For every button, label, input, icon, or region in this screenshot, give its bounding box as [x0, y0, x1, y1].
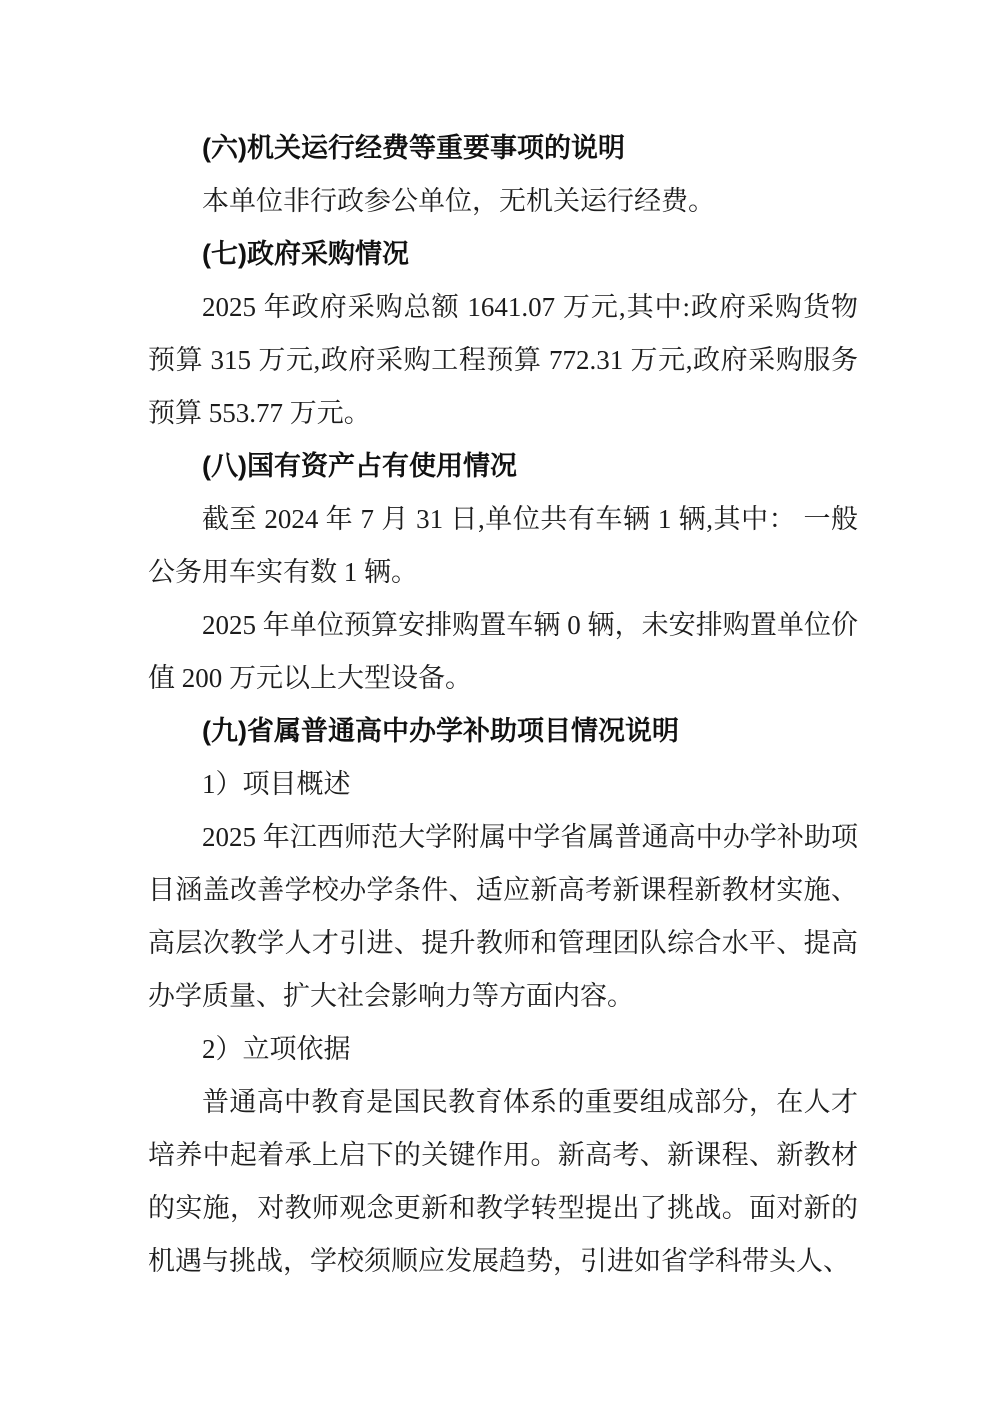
para-project-overview: 2025 年江西师范大学附属中学省属普通高中办学补助项目涵盖改善学校办学条件、适…	[148, 811, 858, 1023]
document-body: (六)机关运行经费等重要事项的说明 本单位非行政参公单位，无机关运行经费。 (七…	[148, 122, 858, 1288]
subheading-project-overview: 1）项目概述	[148, 758, 858, 811]
para-vehicle-purchase-budget: 2025 年单位预算安排购置车辆 0 辆，未安排购置单位价值 200 万元以上大…	[148, 599, 858, 705]
subheading-project-basis: 2）立项依据	[148, 1023, 858, 1076]
section-heading-7: (七)政府采购情况	[148, 228, 858, 281]
section-heading-8: (八)国有资产占有使用情况	[148, 440, 858, 493]
document-page: (六)机关运行经费等重要事项的说明 本单位非行政参公单位，无机关运行经费。 (七…	[0, 0, 999, 1414]
section-heading-9: (九)省属普通高中办学补助项目情况说明	[148, 705, 858, 758]
para-agency-operating-expense: 本单位非行政参公单位，无机关运行经费。	[148, 175, 858, 228]
para-state-assets-vehicles: 截至 2024 年 7 月 31 日,单位共有车辆 1 辆,其中： 一般公务用车…	[148, 493, 858, 599]
para-project-basis: 普通高中教育是国民教育体系的重要组成部分，在人才培养中起着承上启下的关键作用。新…	[148, 1076, 858, 1288]
section-heading-6: (六)机关运行经费等重要事项的说明	[148, 122, 858, 175]
para-government-procurement: 2025 年政府采购总额 1641.07 万元,其中:政府采购货物预算 315 …	[148, 281, 858, 440]
